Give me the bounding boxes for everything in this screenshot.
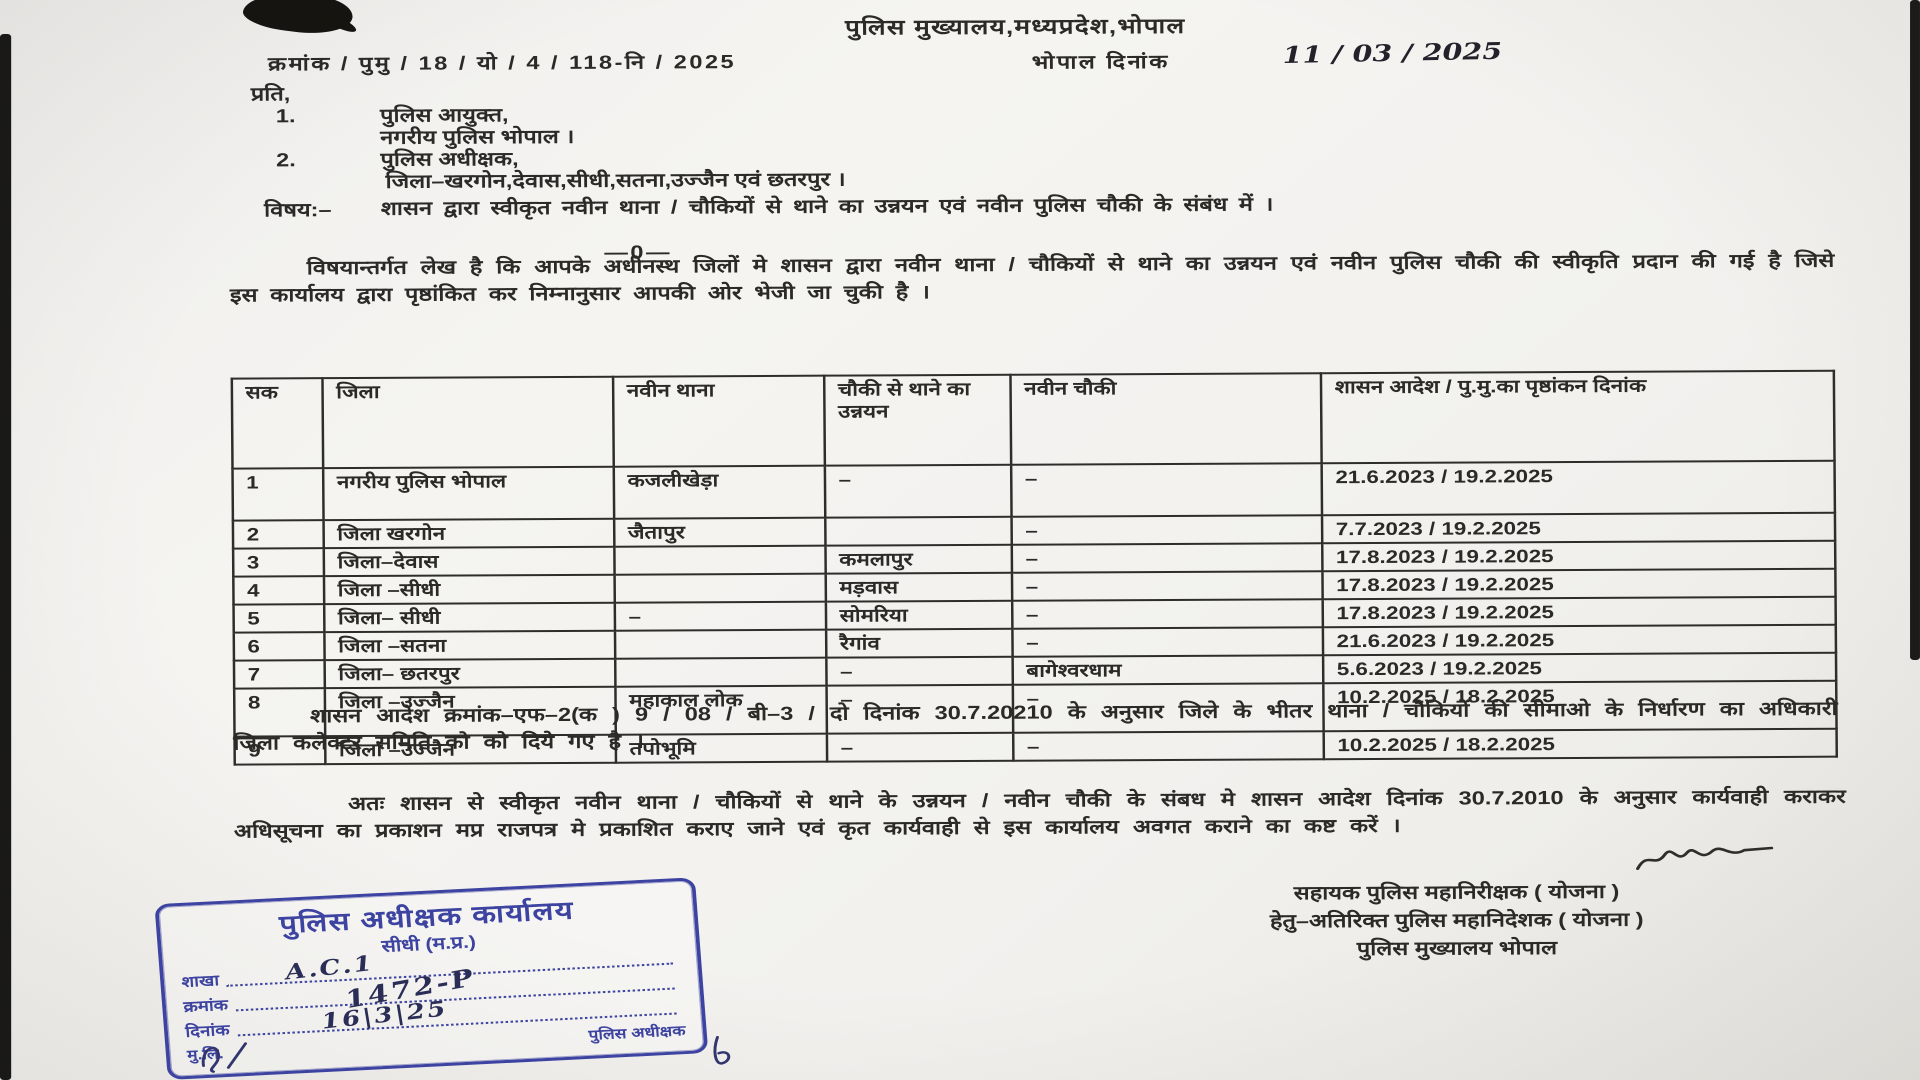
ink-mark [700,1031,750,1071]
cell-new-thana [615,658,826,687]
cell-district: जिला खरगोन [324,519,615,548]
cell-new-chowki: – [1012,543,1323,573]
cell-new-chowki: – [1011,463,1322,517]
addressee-2-index: 2. [276,147,296,174]
cell-district: नगरीय पुलिस भोपाल [323,467,614,520]
cell-district: जिला –सीधी [324,575,615,604]
letter-body: पुलिस मुख्यालय,मध्यप्रदेश,भोपाल क्रमांक … [0,0,1920,1080]
col-header-serial: सक [232,378,323,468]
table-row: 1 नगरीय पुलिस भोपाल कजलीखेड़ा – – 21.6.2… [232,461,1834,521]
stamp-number-label: क्रमांक [183,995,229,1017]
cell-district: जिला –सतना [324,631,615,660]
stamp-signatory-label: पुलिस अधीक्षक [588,1021,686,1045]
cell-new-thana: कजलीखेड़ा [614,466,826,519]
col-header-new-thana: नवीन थाना [613,376,825,467]
col-header-new-chowki: नवीन चौकी [1010,373,1321,465]
cell-serial: 2 [233,520,324,548]
cell-serial: 6 [234,632,325,660]
cell-serial: 3 [233,548,324,576]
table-header-row: सक जिला नवीन थाना चौकी से थाने का उन्नयन… [232,371,1835,469]
subject-label: विषय:– [264,197,332,224]
cell-order-date: 17.8.2023 / 19.2.2025 [1323,597,1836,628]
cell-order-date: 5.6.2023 / 19.2.2025 [1323,653,1836,684]
cell-order-date: 21.6.2023 / 19.2.2025 [1323,625,1836,656]
col-header-district: जिला [322,377,613,468]
signatory-line-1: सहायक पुलिस महानिरीक्षक ( योजना ) [1096,878,1817,910]
cell-district: जिला– छतरपुर [325,659,616,688]
cell-new-thana [614,546,825,575]
cell-district: जिला–देवास [324,547,615,576]
cell-new-chowki: – [1012,599,1323,629]
cell-district: जिला– सीधी [324,603,615,632]
col-header-order-date: शासन आदेश / पु.मु.का पृष्ठांकन दिनांक [1321,371,1835,464]
cell-new-chowki: – [1012,627,1323,657]
cell-serial: 4 [233,576,324,604]
cell-upgrade: – [826,657,1012,686]
cell-new-chowki: बागेश्वरधाम [1013,655,1324,685]
signatory-block: सहायक पुलिस महानिरीक्षक ( योजना ) हेतु–अ… [1096,878,1817,966]
cell-serial: 1 [232,468,323,520]
reference-number: क्रमांक / पुमु / 18 / यो / 4 / 118-नि / … [268,49,736,78]
place-date-label: भोपाल दिनांक [1032,49,1170,77]
cell-upgrade [825,517,1011,546]
scanned-letter-page: पुलिस मुख्यालय,मध्यप्रदेश,भोपाल क्रमांक … [0,0,1920,1080]
cell-order-date: 17.8.2023 / 19.2.2025 [1322,541,1835,572]
cell-serial: 7 [234,660,325,688]
handwritten-date: 11 / 03 / 2025 [1282,38,1502,69]
cell-upgrade: – [825,465,1012,518]
col-header-upgrade: चौकी से थाने का उन्नयन [824,375,1011,466]
subject-text: शासन द्वारा स्वीकृत नवीन थाना / चौकियों … [381,190,1785,223]
cell-new-thana: – [615,602,826,631]
signatory-line-2: हेतु–अतिरिक्त पुलिस महानिदेशक ( योजना ) [1096,906,1817,938]
cell-order-date: 17.8.2023 / 19.2.2025 [1322,569,1835,600]
body-paragraph-2: शासन आदेश क्रमांक–एफ–2(क ) 9 / 08 / बी–3… [233,696,1838,758]
cell-upgrade: कमलापुर [825,545,1011,574]
signature-scribble [1630,842,1779,877]
cell-upgrade: मड़वास [826,573,1012,602]
cell-upgrade: रैगांव [826,629,1012,658]
signatory-line-3: पुलिस मुख्यालय भोपाल [1097,934,1818,966]
addressee-1-index: 1. [276,103,296,130]
stamp-branch-label: शाखा [181,970,220,992]
cell-new-chowki: – [1012,571,1323,601]
cell-new-chowki: – [1012,515,1323,545]
cell-upgrade: सोमरिया [826,601,1012,630]
addressee-2-line2: जिला–खरगोन,देवास,सीधी,सतना,उज्जैन एवं छत… [385,167,845,196]
cell-order-date: 7.7.2023 / 19.2.2025 [1322,513,1835,544]
body-paragraph-3: अतः शासन से स्वीकृत नवीन थाना / चौकियों … [234,784,1846,846]
cell-serial: 5 [234,604,325,632]
cell-order-date: 21.6.2023 / 19.2.2025 [1322,461,1835,516]
cell-new-thana [615,574,826,603]
cell-new-thana [615,630,826,659]
ink-mark [191,1031,278,1075]
cell-new-thana: जैतापुर [614,518,825,547]
body-paragraph-1: विषयान्तर्गत लेख है कि आपके अधीनस्थ जिलो… [230,248,1835,310]
letterhead-title: पुलिस मुख्यालय,मध्यप्रदेश,भोपाल [518,11,1512,43]
